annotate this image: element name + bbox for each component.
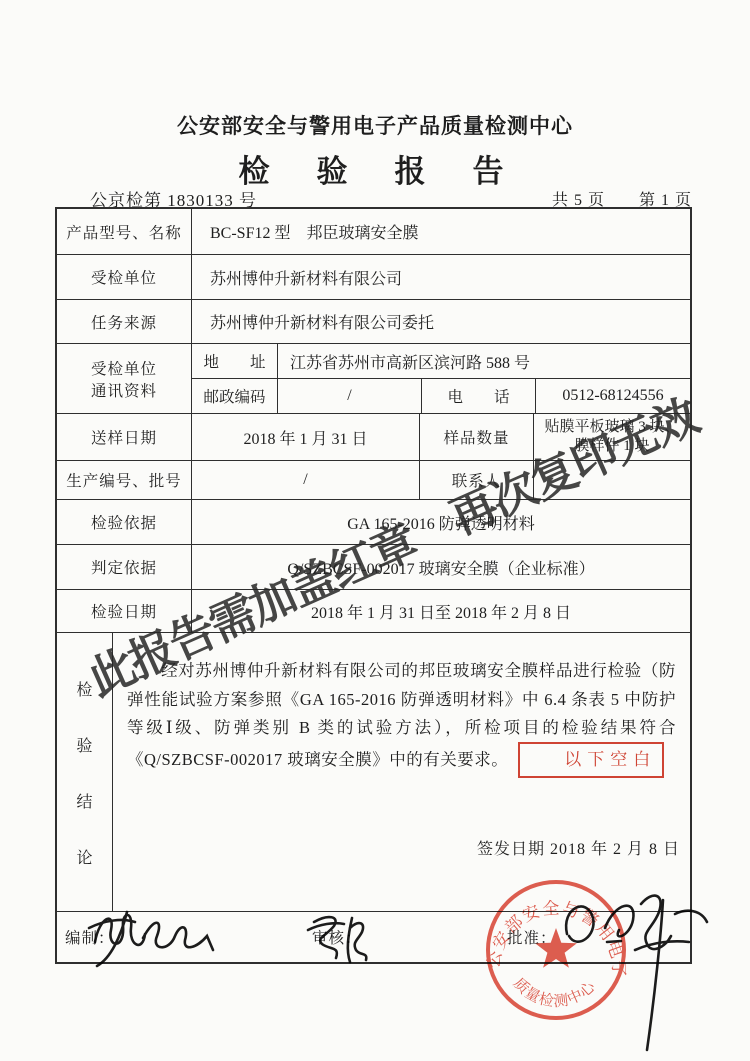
postcode-label: 邮政编码 xyxy=(192,379,278,413)
conclusion-label: 检 验 结 论 xyxy=(57,633,113,911)
blank-below-stamp: 以下空白 xyxy=(518,742,664,779)
row-test-date: 检验日期 2018 年 1 月 31 日至 2018 年 2 月 8 日 xyxy=(57,590,690,633)
conclusion-body: 经对苏州博仲升新材料有限公司的邦臣玻璃安全膜样品进行检验（防弹性能试验方案参照《… xyxy=(113,633,690,911)
svg-text:公安部安全与警用电子产品: 公安部安全与警用电子产品 xyxy=(479,876,628,979)
row-postcode-phone: 邮政编码 / 电 话 0512-68124556 xyxy=(192,379,690,413)
sample-date-label: 送样日期 xyxy=(57,414,192,460)
prepared-signature xyxy=(85,900,217,976)
postcode-value: / xyxy=(278,379,422,413)
svg-text:质量检测中心: 质量检测中心 xyxy=(510,975,600,1011)
client-label: 受检单位 xyxy=(57,255,192,299)
judgement-basis-label: 判定依据 xyxy=(57,545,192,589)
row-batch: 生产编号、批号 / 联系人 xyxy=(57,461,690,500)
row-sample: 送样日期 2018 年 1 月 31 日 样品数量 贴膜平板玻璃 3 块、膜样件… xyxy=(57,414,690,461)
seal-ring-text: 公安部安全与警用电子产品 xyxy=(479,876,628,979)
client-value: 苏州博仲升新材料有限公司 xyxy=(192,255,690,299)
product-label: 产品型号、名称 xyxy=(57,209,192,254)
address-label: 地 址 xyxy=(192,344,278,378)
test-basis-label: 检验依据 xyxy=(57,500,192,544)
issue-date: 签发日期 2018 年 2 月 8 日 xyxy=(477,836,680,859)
row-product: 产品型号、名称 BC-SF12 型 邦臣玻璃安全膜 xyxy=(57,209,690,255)
batch-label: 生产编号、批号 xyxy=(57,461,192,499)
seal-star-icon xyxy=(535,928,577,968)
contact-label-line2: 通讯资料 xyxy=(91,379,157,401)
row-contact-info: 受检单位 通讯资料 地 址 江苏省苏州市高新区滨河路 588 号 邮政编码 / … xyxy=(57,344,690,414)
row-task-source: 任务来源 苏州博仲升新材料有限公司委托 xyxy=(57,300,690,344)
test-date-value: 2018 年 1 月 31 日至 2018 年 2 月 8 日 xyxy=(192,590,690,632)
seal-bottom-text: 质量检测中心 xyxy=(510,975,600,1011)
task-label: 任务来源 xyxy=(57,300,192,343)
conclusion-text: 经对苏州博仲升新材料有限公司的邦臣玻璃安全膜样品进行检验（防弹性能试验方案参照《… xyxy=(127,657,676,779)
reviewed-signature xyxy=(300,906,384,964)
row-client: 受检单位 苏州博仲升新材料有限公司 xyxy=(57,255,690,300)
report-title: 检 验 报 告 xyxy=(0,146,750,191)
contact-label-line1: 受检单位 xyxy=(91,357,157,379)
official-red-seal: 公安部安全与警用电子产品 质量检测中心 xyxy=(479,876,635,1022)
test-date-label: 检验日期 xyxy=(57,590,192,632)
phone-value: 0512-68124556 xyxy=(536,379,690,413)
row-conclusion: 检 验 结 论 经对苏州博仲升新材料有限公司的邦臣玻璃安全膜样品进行检验（防弹性… xyxy=(57,633,690,912)
conclusion-label-char: 论 xyxy=(76,845,92,868)
batch-value: / xyxy=(192,461,420,499)
org-name: 公安部安全与警用电子产品质量检测中心 xyxy=(0,110,750,140)
row-test-basis: 检验依据 GA 165-2016 防弹透明材料 xyxy=(57,500,690,545)
sample-date-value: 2018 年 1 月 31 日 xyxy=(192,414,420,460)
contact-person-value xyxy=(534,461,690,499)
row-judgement-basis: 判定依据 Q/SZBCSF-002017 玻璃安全膜（企业标准） xyxy=(57,545,690,590)
conclusion-label-char: 结 xyxy=(76,789,92,812)
sample-qty-label: 样品数量 xyxy=(420,414,534,460)
row-address: 地 址 江苏省苏州市高新区滨河路 588 号 xyxy=(192,344,690,379)
phone-label: 电 话 xyxy=(422,379,536,413)
contact-person-label: 联系人 xyxy=(420,461,534,499)
sample-qty-value: 贴膜平板玻璃 3 块、膜样件 1 块 xyxy=(534,414,690,460)
contact-subtable: 地 址 江苏省苏州市高新区滨河路 588 号 邮政编码 / 电 话 0512-6… xyxy=(192,344,690,413)
address-value: 江苏省苏州市高新区滨河路 588 号 xyxy=(278,344,690,378)
report-table: 产品型号、名称 BC-SF12 型 邦臣玻璃安全膜 受检单位 苏州博仲升新材料有… xyxy=(55,207,692,964)
contact-label: 受检单位 通讯资料 xyxy=(57,344,192,413)
conclusion-label-char: 验 xyxy=(76,733,92,756)
conclusion-label-char: 检 xyxy=(76,677,92,700)
judgement-basis-value: Q/SZBCSF-002017 玻璃安全膜（企业标准） xyxy=(192,545,690,589)
test-basis-value: GA 165-2016 防弹透明材料 xyxy=(192,500,690,544)
product-value: BC-SF12 型 邦臣玻璃安全膜 xyxy=(192,209,690,254)
task-value: 苏州博仲升新材料有限公司委托 xyxy=(192,300,690,343)
